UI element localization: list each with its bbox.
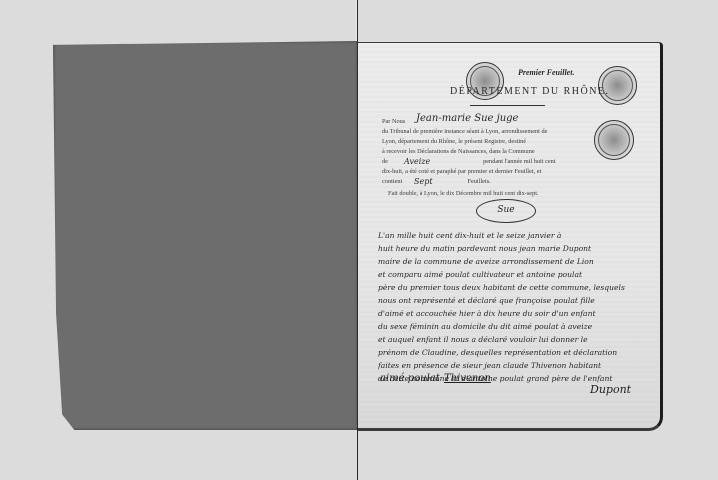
left-page-blank (53, 41, 358, 430)
handwritten-sheet-count: Sept (414, 177, 433, 186)
signature-mayor-dupont: Dupont (590, 383, 631, 396)
act-line: faites en présence de sieur jean claude … (378, 359, 653, 372)
act-line: maire de la commune de aveize arrondisse… (378, 255, 653, 268)
act-line: et comparu aimé poulat cultivateur et an… (378, 268, 653, 281)
printed-line-4: à recevoir les Déclarations de Naissance… (382, 148, 535, 155)
printed-line-1: Par Nous (382, 118, 405, 125)
act-line: du sexe féminin au domicile du dit aimé … (378, 320, 653, 333)
printed-line-2: du Tribunal de première instance séant à… (382, 128, 547, 135)
printed-line-6: dix-huit, a été coté et paraphé par prem… (382, 168, 541, 175)
act-line: huit heure du matin pardevant nous jean … (378, 242, 653, 255)
title-divider (470, 105, 545, 106)
department-title: DÉPARTEMENT DU RHÔNE. (450, 86, 610, 97)
signature-thivenon: Thivenon (444, 373, 491, 384)
right-page-register: Premier Feuillet. DÉPARTEMENT DU RHÔNE. … (358, 42, 663, 431)
binding-gutter (357, 0, 358, 480)
printed-line-3: Lyon, département du Rhône, le présent R… (382, 138, 526, 145)
sheet-label: Premier Feuillet. (518, 68, 574, 77)
act-line: et auquel enfant il nous a déclaré voulo… (378, 333, 653, 346)
signature-aime-poulat: aimé poulat (380, 373, 440, 384)
round-seal-stamp-icon (594, 120, 634, 160)
act-line: père du premier tous deux habitant de ce… (378, 281, 653, 294)
handwritten-commune: Aveize (404, 157, 430, 166)
paraphe-flourish: Sue (476, 199, 536, 223)
birth-act-handwritten: L'an mille huit cent dix-huit et le seiz… (378, 229, 653, 385)
printed-line-7: contient Feuillets. (382, 178, 491, 185)
act-line: nous ont représenté et déclaré que franç… (378, 294, 653, 307)
printed-line-8: Fait double, à Lyon, le dix Décembre mil… (388, 190, 539, 197)
act-line: d'aimé et accouchée hier à dix heure du … (378, 307, 653, 320)
act-line: L'an mille huit cent dix-huit et le seiz… (378, 229, 653, 242)
act-line: prénom de Claudine, desquelles représent… (378, 346, 653, 359)
handwritten-judge-name: Jean-marie Sue juge (416, 113, 518, 124)
